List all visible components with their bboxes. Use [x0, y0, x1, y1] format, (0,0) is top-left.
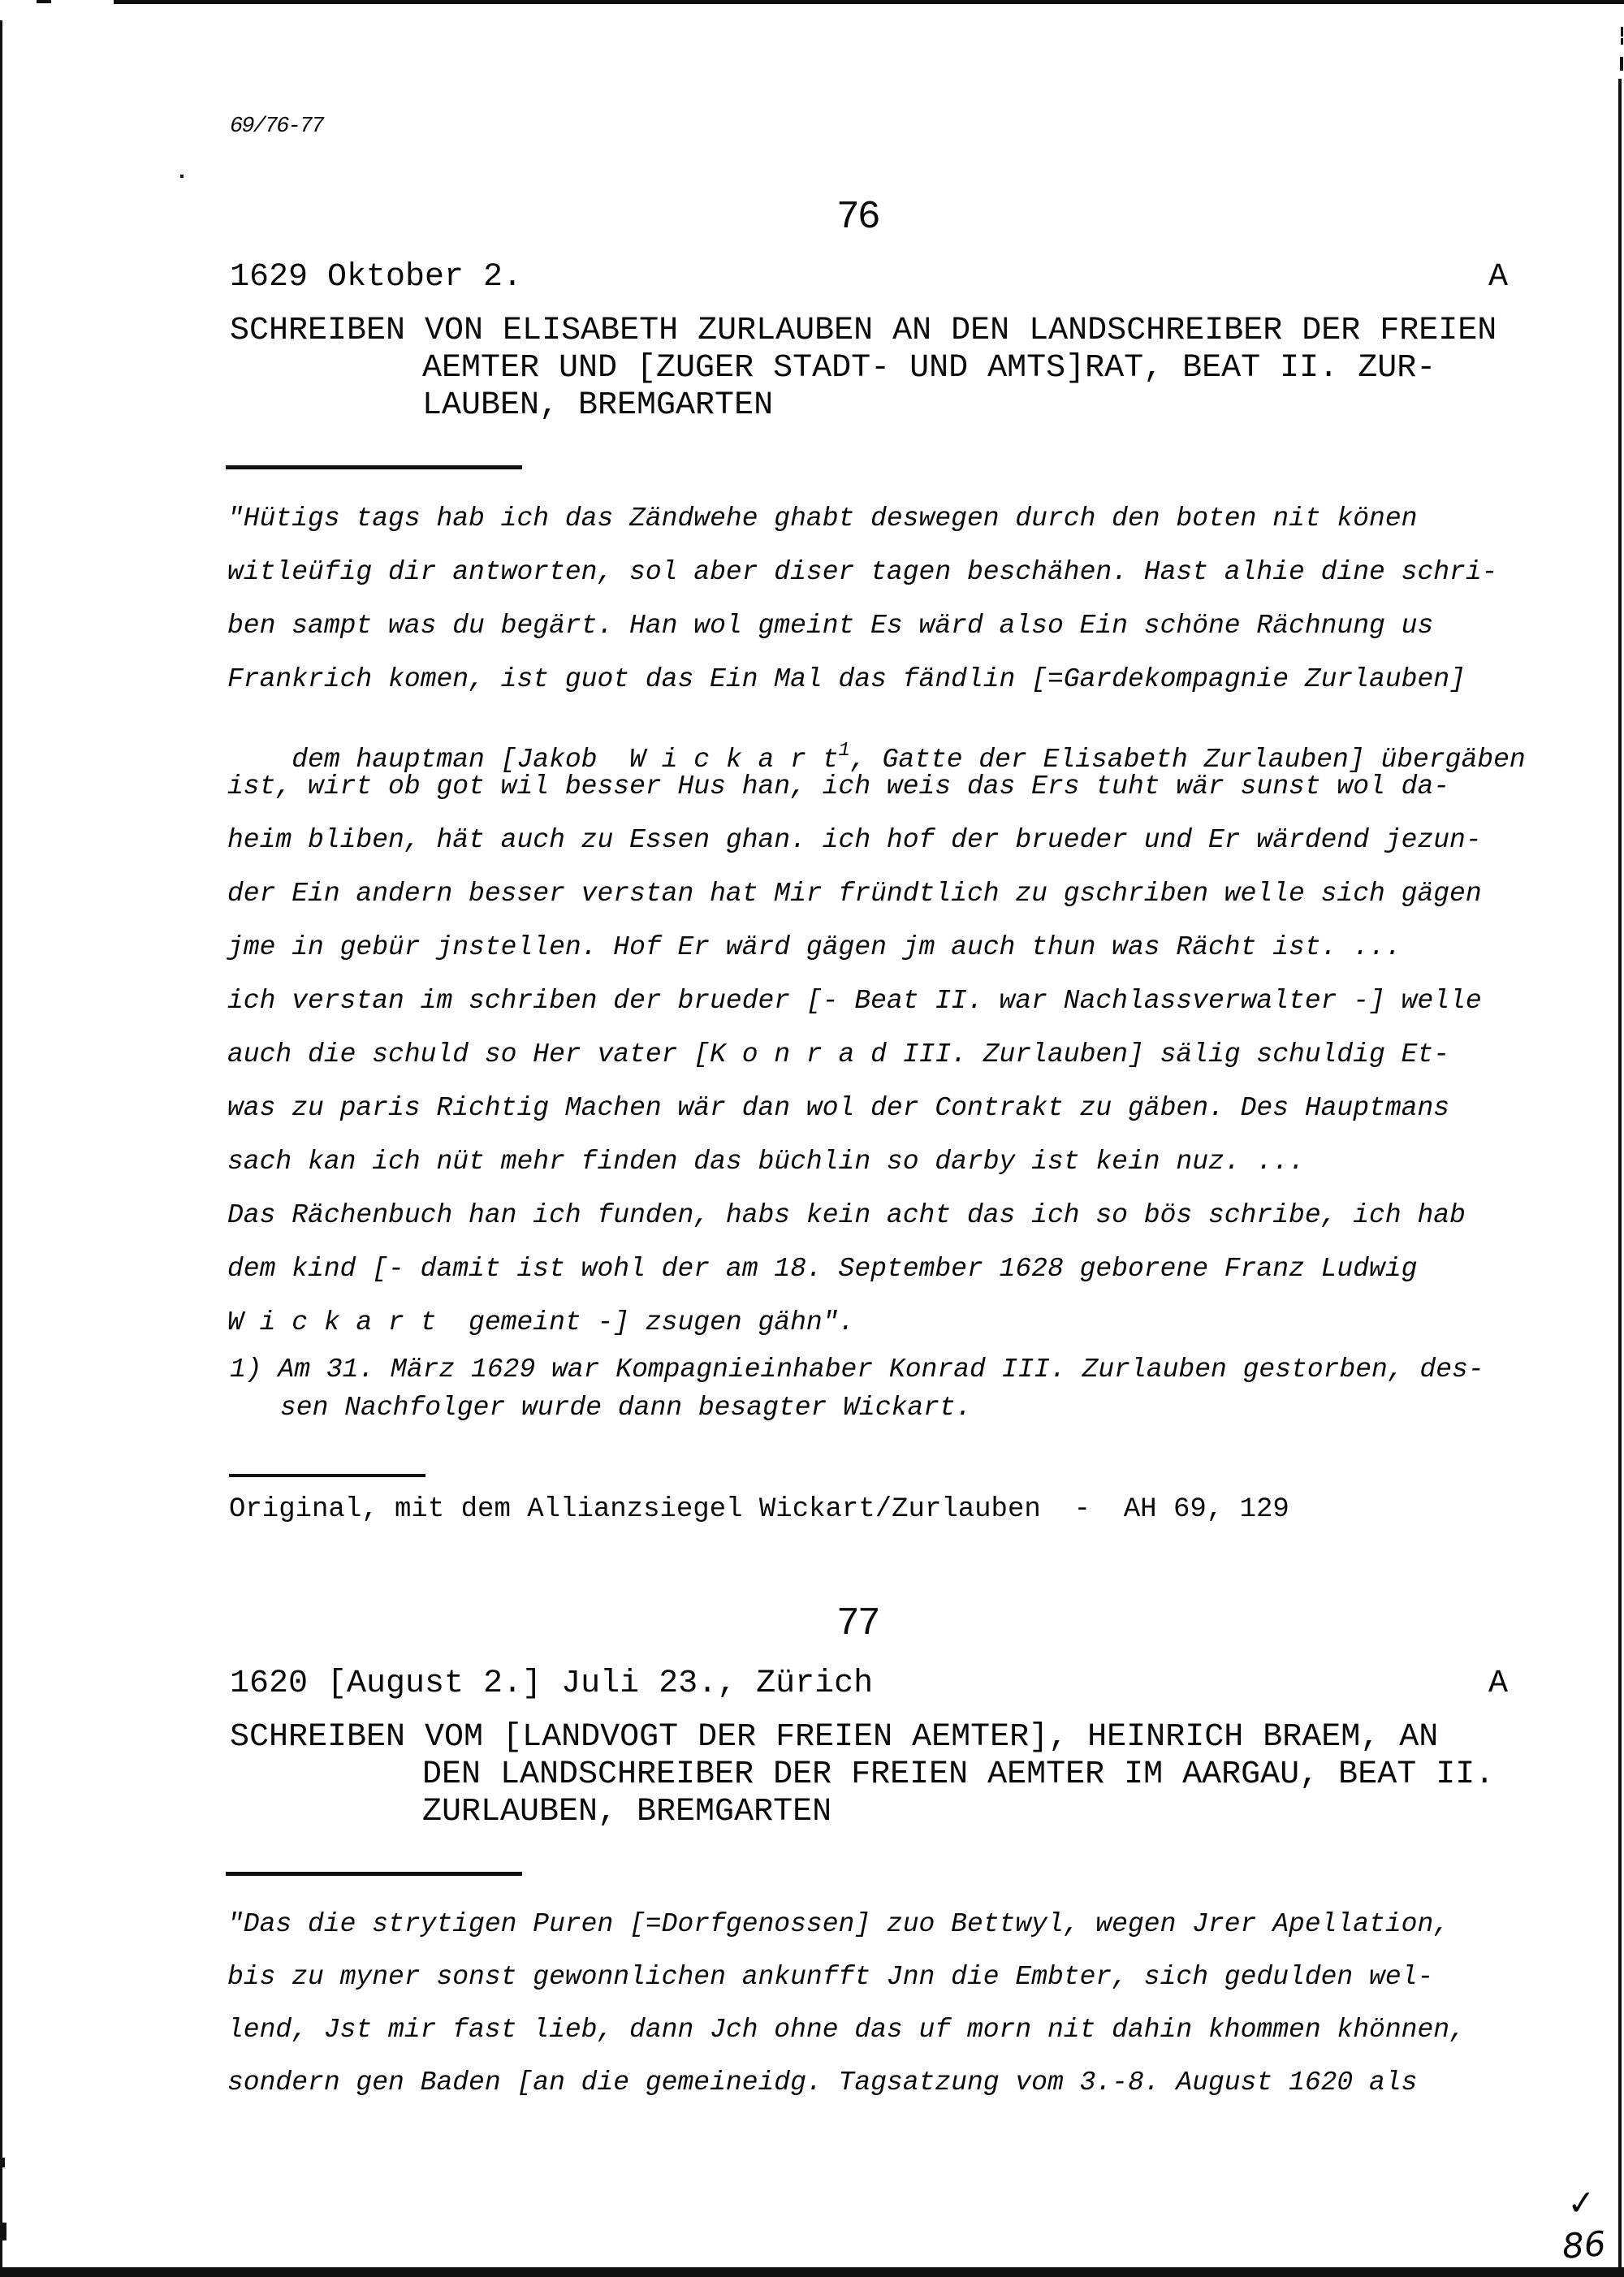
quote-line: dem kind [- damit ist wohl der am 18. Se…	[227, 1255, 1417, 1282]
entry-76-date: 1629 Oktober 2.	[230, 261, 522, 294]
scan-border-top-tick	[37, 0, 51, 3]
quote-line: heim bliben, hät auch zu Essen ghan. ich…	[227, 827, 1482, 853]
footnote-line: 1) Am 31. März 1629 war Kompagnieinhaber…	[230, 1356, 1484, 1383]
quote-line: sach kan ich nüt mehr finden das büchlin…	[227, 1148, 1305, 1175]
quote-line: Frankrich komen, ist guot das Ein Mal da…	[227, 666, 1466, 693]
entry-76-separator-rule	[226, 465, 522, 469]
entry-77-siglum: A	[1488, 1668, 1508, 1700]
quote-line: auch die schuld so Her vater [K o n r a …	[227, 1041, 1449, 1068]
entry-76-provenance: Original, mit dem Allianzsiegel Wickart/…	[229, 1496, 1289, 1523]
footnote-line: sen Nachfolger wurde dann besagter Wicka…	[280, 1394, 972, 1421]
entry-77-title-line: DEN LANDSCHREIBER DER FREIEN AEMTER IM A…	[422, 1759, 1494, 1791]
scanned-document-page: 69/76-77 76 1629 Oktober 2. A SCHREIBEN …	[0, 0, 1624, 2277]
quote-line: sondern gen Baden [an die gemeineidg. Ta…	[227, 2069, 1417, 2096]
scan-border-left	[0, 20, 2, 2277]
scan-border-top	[114, 0, 1624, 4]
entry-77-separator-rule	[226, 1872, 522, 1876]
entry-77-date: 1620 [August 2.] Juli 23., Zürich	[230, 1668, 873, 1700]
entry-76-siglum: A	[1488, 261, 1508, 294]
quote-line: bis zu myner sonst gewonnlichen ankunfft…	[227, 1964, 1433, 1990]
entry-76-title-line: SCHREIBEN VON ELISABETH ZURLAUBEN AN DEN…	[230, 315, 1497, 348]
scan-border-right-fragment	[1620, 57, 1623, 71]
quote-line: lend, Jst mir fast lieb, dann Jch ohne d…	[227, 2016, 1466, 2043]
handwritten-page-number: 86	[1561, 2227, 1607, 2264]
scan-speck	[0, 2158, 5, 2167]
quote-line: ist, wirt ob got wil besser Hus han, ich…	[227, 773, 1449, 800]
quote-line: witleüfig dir antworten, sol aber diser …	[227, 559, 1497, 585]
quote-line: ben sampt was du begärt. Han wol gmeint …	[227, 612, 1433, 639]
footnote-reference-mark: 1	[839, 740, 850, 762]
quote-line: der Ein andern besser verstan hat Mir fr…	[227, 880, 1482, 907]
scan-speck	[0, 2223, 6, 2240]
quote-line-post: , Gatte der Elisabeth Zurlauben] übergäb…	[850, 745, 1526, 775]
scan-border-right	[1618, 79, 1622, 2277]
archival-reference: 69/76-77	[230, 116, 323, 138]
entry-77-title-line: ZURLAUBEN, BREMGARTEN	[422, 1796, 831, 1829]
entry-77-title-line: SCHREIBEN VOM [LANDVOGT DER FREIEN AEMTE…	[230, 1722, 1438, 1754]
quote-line: jme in gebür jnstellen. Hof Er wärd gäge…	[227, 934, 1402, 961]
scan-border-right-fragment	[1621, 27, 1623, 37]
entry-76-number: 76	[836, 198, 879, 237]
handwritten-checkmark: ✓	[1566, 2185, 1597, 2221]
quote-line: ich verstan im schriben der brueder [- B…	[227, 987, 1482, 1014]
quote-line: "Hütigs tags hab ich das Zändwehe ghabt …	[227, 505, 1417, 532]
scan-border-bottom	[0, 2267, 1624, 2277]
scan-border-right-fragment	[1621, 38, 1623, 45]
entry-77-number: 77	[836, 1605, 879, 1644]
quote-line: W i c k a r t gemeint -] zsugen gähn".	[227, 1309, 854, 1336]
quote-line: was zu paris Richtig Machen wär dan wol …	[227, 1095, 1449, 1121]
entry-76-title-line: LAUBEN, BREMGARTEN	[422, 390, 773, 422]
quote-line: "Das die strytigen Puren [=Dorfgenossen]…	[227, 1911, 1449, 1938]
scan-speck	[180, 175, 184, 178]
quote-line: Das Rächenbuch han ich funden, habs kein…	[227, 1202, 1466, 1229]
quote-line-pre: dem hauptman [Jakob W i c k a r t	[292, 745, 838, 775]
entry-76-title-line: AEMTER UND [ZUGER STADT- UND AMTS]RAT, B…	[422, 352, 1436, 385]
provenance-separator-rule	[229, 1474, 425, 1477]
